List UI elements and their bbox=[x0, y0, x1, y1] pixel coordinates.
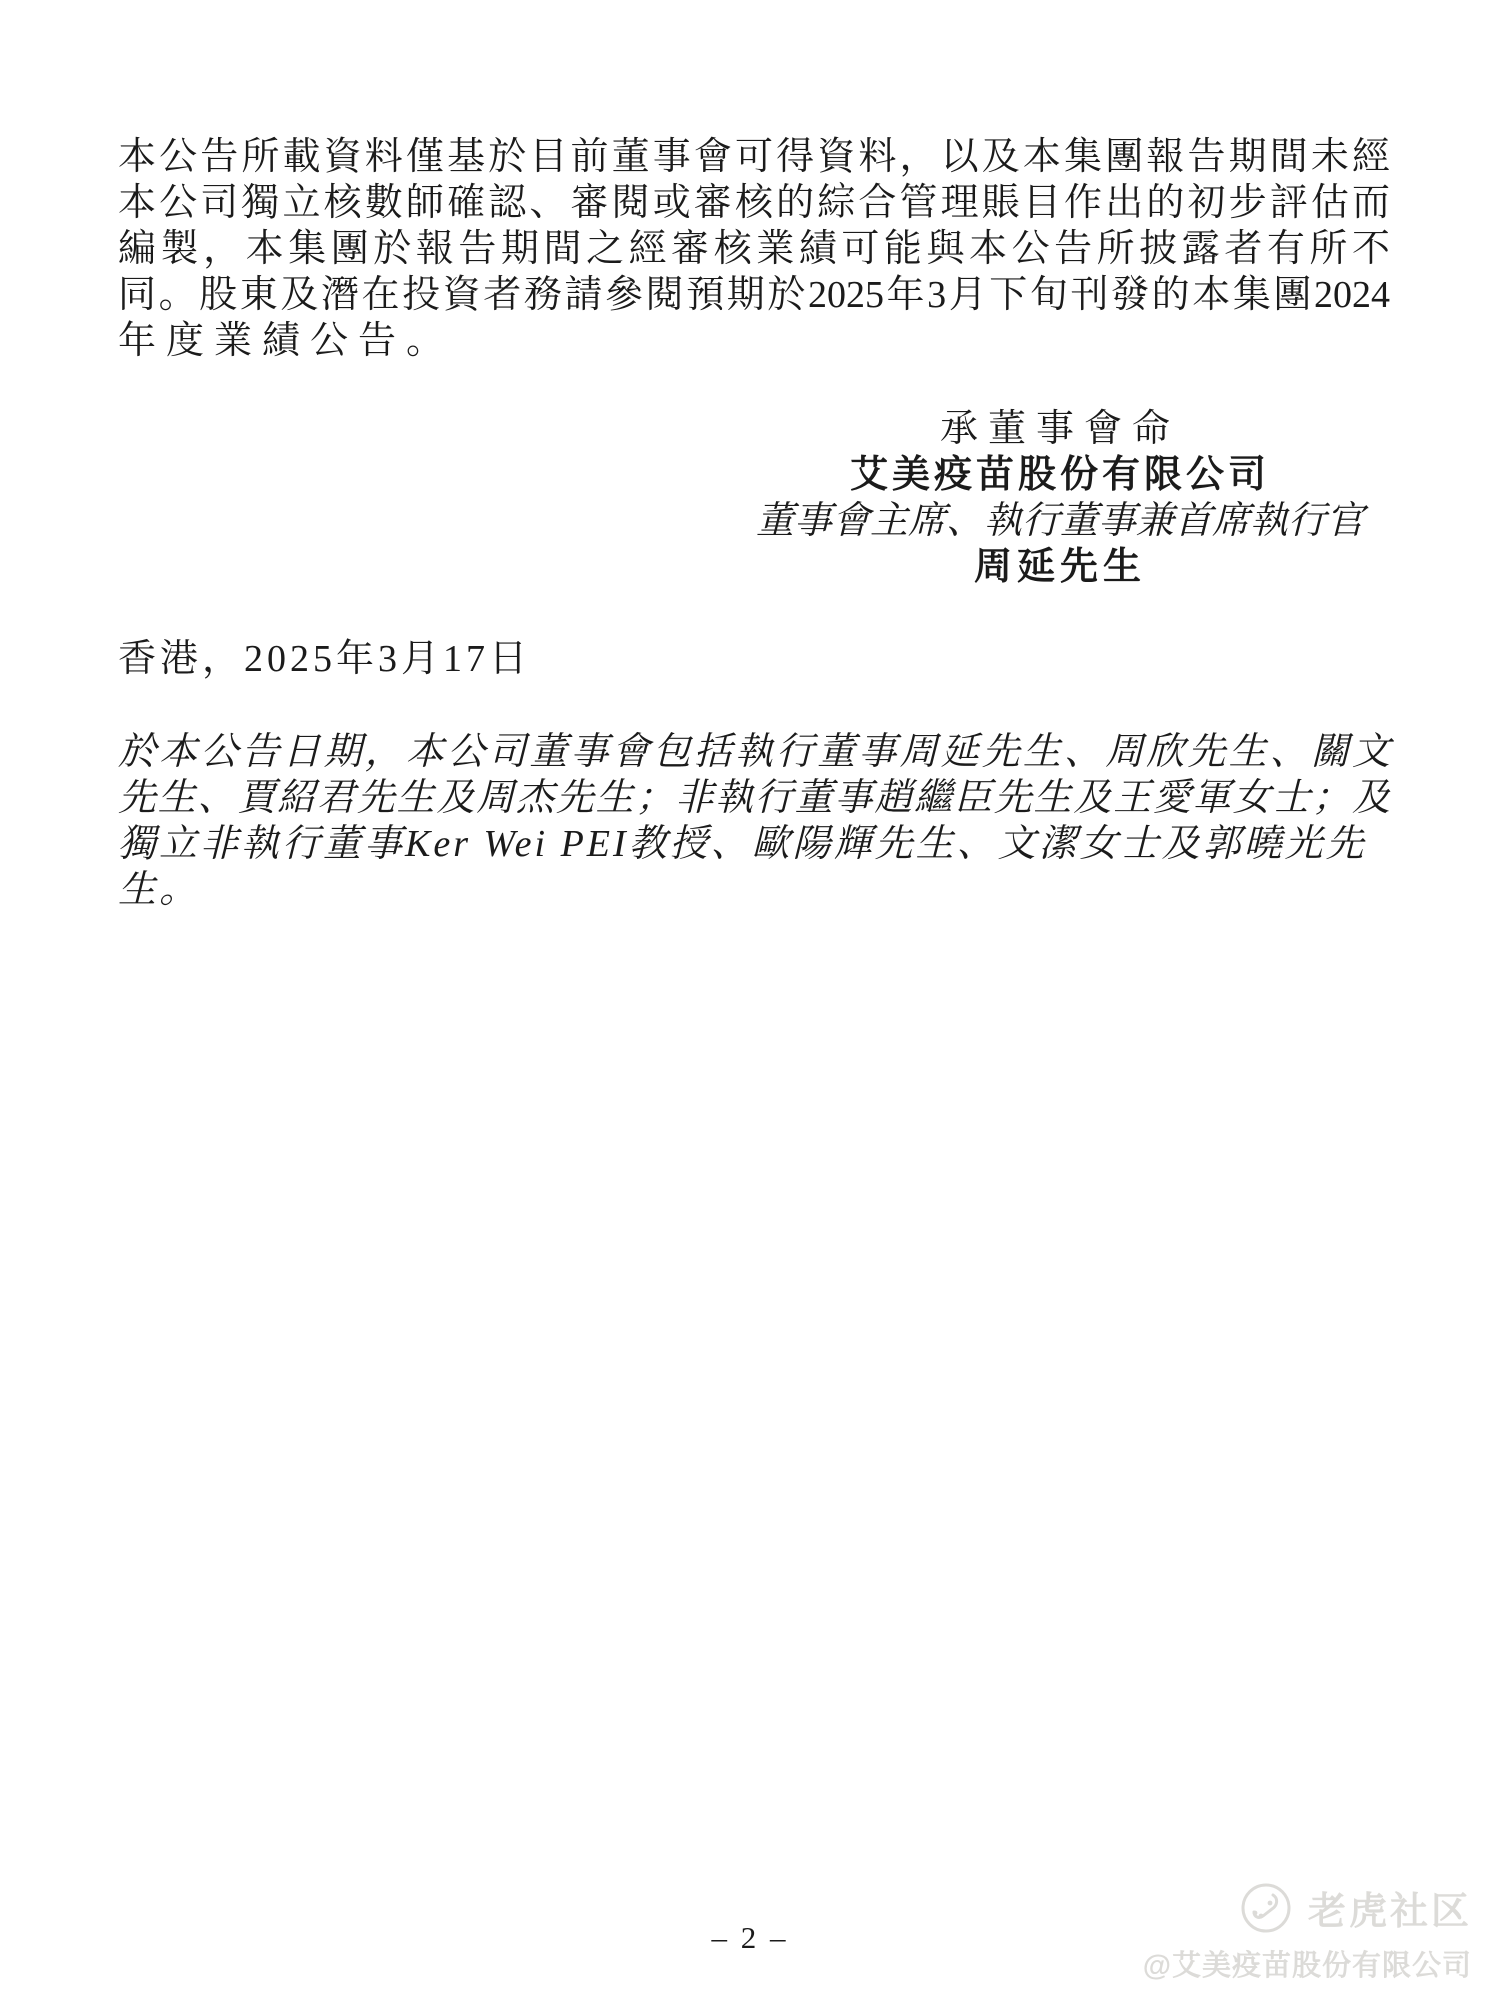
disclaimer-paragraph: 本公告所載資料僅基於目前董事會可得資料，以及本集團報告期間未經 本公司獨立核數師… bbox=[118, 134, 1390, 364]
by-order-of-board: 承董事會命 bbox=[620, 406, 1500, 452]
signature-block: 承董事會命 艾美疫苗股份有限公司 董事會主席、執行董事兼首席執行官 周延先生 bbox=[620, 406, 1500, 590]
signatory-name: 周延先生 bbox=[620, 544, 1500, 590]
watermark-brand-row: 老虎社区 bbox=[1143, 1880, 1472, 1935]
directors-line: 於本公告日期，本公司董事會包括執行董事周延先生、周欣先生、關文 bbox=[118, 729, 1390, 775]
watermark-handle: @艾美疫苗股份有限公司 bbox=[1143, 1943, 1472, 1984]
disclaimer-line: 同。股東及潛在投資者務請參閱預期於2025年3月下旬刊發的本集團2024 bbox=[118, 272, 1390, 318]
disclaimer-line: 本公告所載資料僅基於目前董事會可得資料，以及本集團報告期間未經 bbox=[118, 134, 1390, 180]
disclaimer-line: 本公司獨立核數師確認、審閱或審核的綜合管理賬目作出的初步評估而 bbox=[118, 180, 1390, 226]
disclaimer-line: 年度業績公告。 bbox=[118, 318, 1390, 364]
tiger-community-watermark: 老虎社区 @艾美疫苗股份有限公司 bbox=[1143, 1880, 1472, 1984]
company-name: 艾美疫苗股份有限公司 bbox=[620, 452, 1500, 498]
watermark-brand: 老虎社区 bbox=[1308, 1880, 1472, 1935]
place-and-date: 香港，2025年3月17日 bbox=[118, 636, 531, 682]
directors-paragraph: 於本公告日期，本公司董事會包括執行董事周延先生、周欣先生、關文 先生、賈紹君先生… bbox=[118, 729, 1390, 913]
directors-line: 獨立非執行董事Ker Wei PEI教授、歐陽輝先生、文潔女士及郭曉光先生。 bbox=[118, 821, 1390, 913]
announcement-page: 本公告所載資料僅基於目前董事會可得資料，以及本集團報告期間未經 本公司獨立核數師… bbox=[0, 0, 1500, 1999]
signatory-title: 董事會主席、執行董事兼首席執行官 bbox=[620, 498, 1500, 544]
tiger-logo-icon bbox=[1240, 1882, 1292, 1934]
directors-line: 先生、賈紹君先生及周杰先生；非執行董事趙繼臣先生及王愛軍女士；及 bbox=[118, 775, 1390, 821]
disclaimer-line: 編製，本集團於報告期間之經審核業績可能與本公告所披露者有所不 bbox=[118, 226, 1390, 272]
